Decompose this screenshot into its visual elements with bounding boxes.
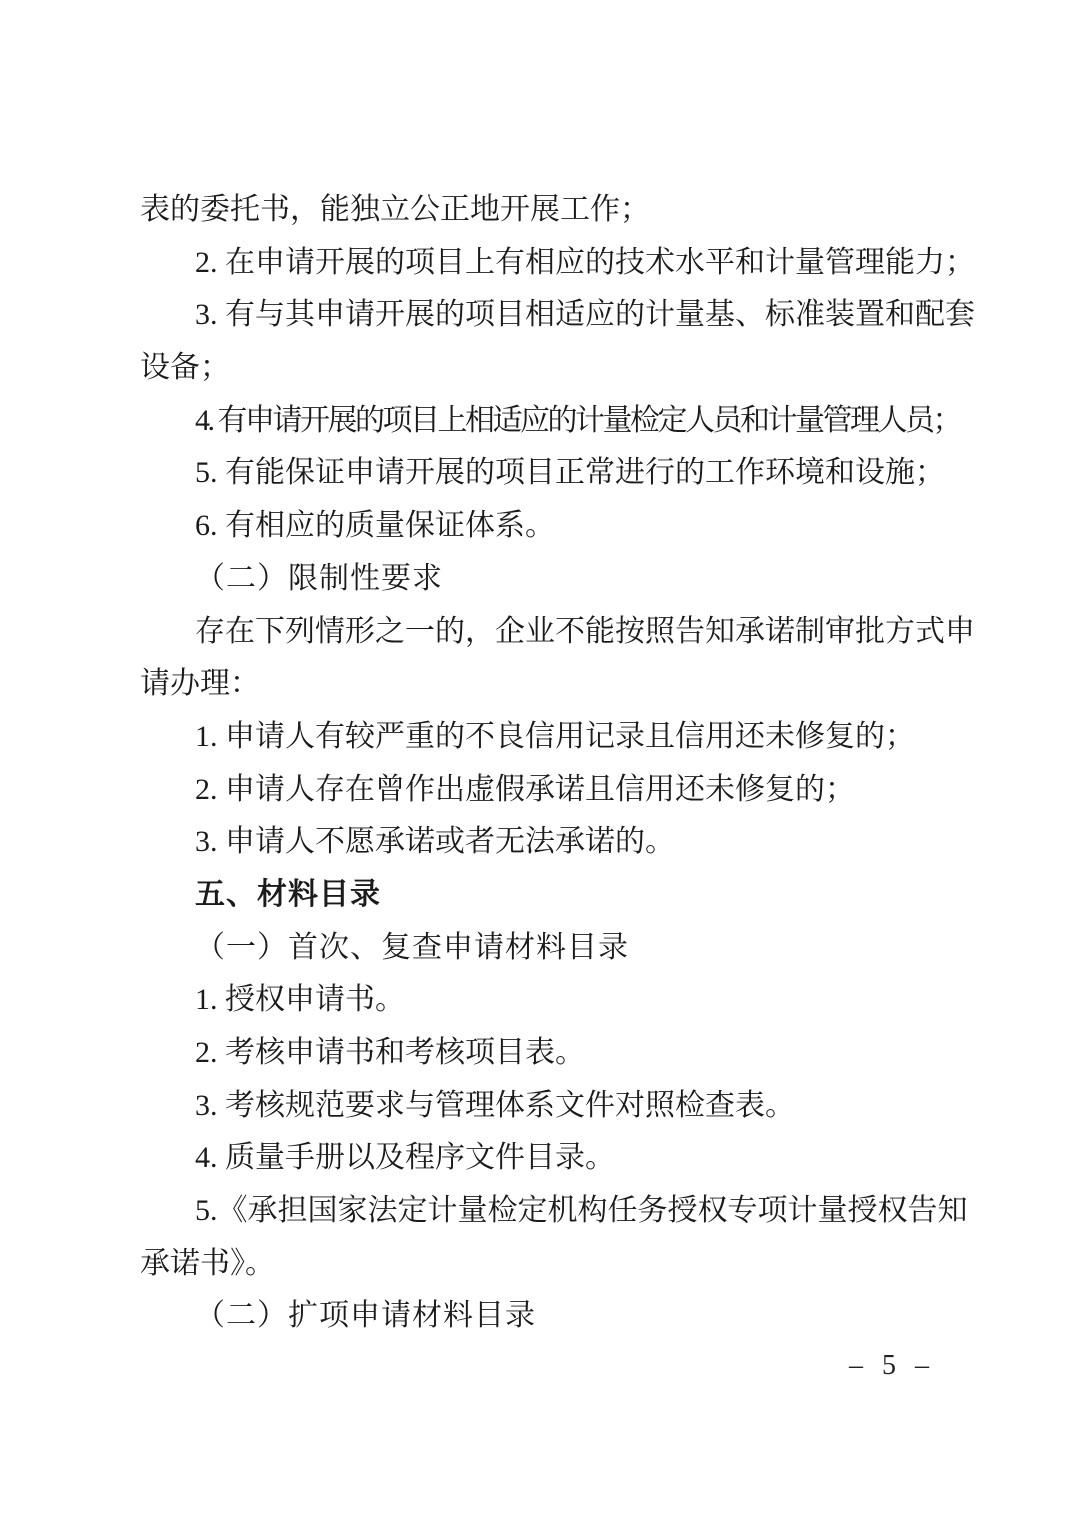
- para-restriction-intro: 存在下列情形之一的，企业不能按照告知承诺制审批方式申: [140, 606, 935, 659]
- list-item-4-personnel: 4. 有申请开展的项目上相适应的计量检定人员和计量管理人员；: [140, 395, 935, 448]
- list-item-3-unwilling-to-commit: 3. 申请人不愿承诺或者无法承诺的。: [140, 816, 935, 869]
- body-line-equipment-cont: 设备；: [140, 342, 935, 395]
- list-item-2-technical-capability: 2. 在申请开展的项目上有相应的技术水平和计量管理能力；: [140, 237, 935, 290]
- heading-materials-catalog: 五、材料目录: [140, 869, 935, 922]
- list-item-5-commitment-letter: 5.《承担国家法定计量检定机构任务授权专项计量授权告知: [140, 1185, 935, 1238]
- page-number: – 5 –: [849, 1350, 935, 1382]
- list-item-5-work-environment: 5. 有能保证申请开展的项目正常进行的工作环境和设施；: [140, 447, 935, 500]
- scanned-document-page: 表的委托书，能独立公正地开展工作； 2. 在申请开展的项目上有相应的技术水平和计…: [0, 0, 1074, 1520]
- list-item-2-false-commitment: 2. 申请人存在曾作出虚假承诺且信用还未修复的；: [140, 764, 935, 817]
- list-item-5-commitment-letter-cont: 承诺书》。: [140, 1238, 935, 1291]
- list-item-1-authorization-application: 1. 授权申请书。: [140, 974, 935, 1027]
- para-restriction-intro-cont: 请办理：: [140, 658, 935, 711]
- list-item-2-assessment-application: 2. 考核申请书和考核项目表。: [140, 1027, 935, 1080]
- list-item-6-quality-system: 6. 有相应的质量保证体系。: [140, 500, 935, 553]
- list-item-3-equipment: 3. 有与其申请开展的项目相适应的计量基、标准装置和配套: [140, 289, 935, 342]
- heading-first-review-materials: （一）首次、复查申请材料目录: [140, 922, 935, 975]
- document-text-column: 表的委托书，能独立公正地开展工作； 2. 在申请开展的项目上有相应的技术水平和计…: [140, 184, 935, 1343]
- list-item-1-bad-credit-record: 1. 申请人有较严重的不良信用记录且信用还未修复的；: [140, 711, 935, 764]
- body-line-delegation: 表的委托书，能独立公正地开展工作；: [140, 184, 935, 237]
- heading-expansion-materials: （二）扩项申请材料目录: [140, 1290, 935, 1343]
- list-item-3-comparison-checklist: 3. 考核规范要求与管理体系文件对照检查表。: [140, 1080, 935, 1133]
- heading-restrictive-requirements: （二）限制性要求: [140, 553, 935, 606]
- list-item-4-quality-manual: 4. 质量手册以及程序文件目录。: [140, 1132, 935, 1185]
